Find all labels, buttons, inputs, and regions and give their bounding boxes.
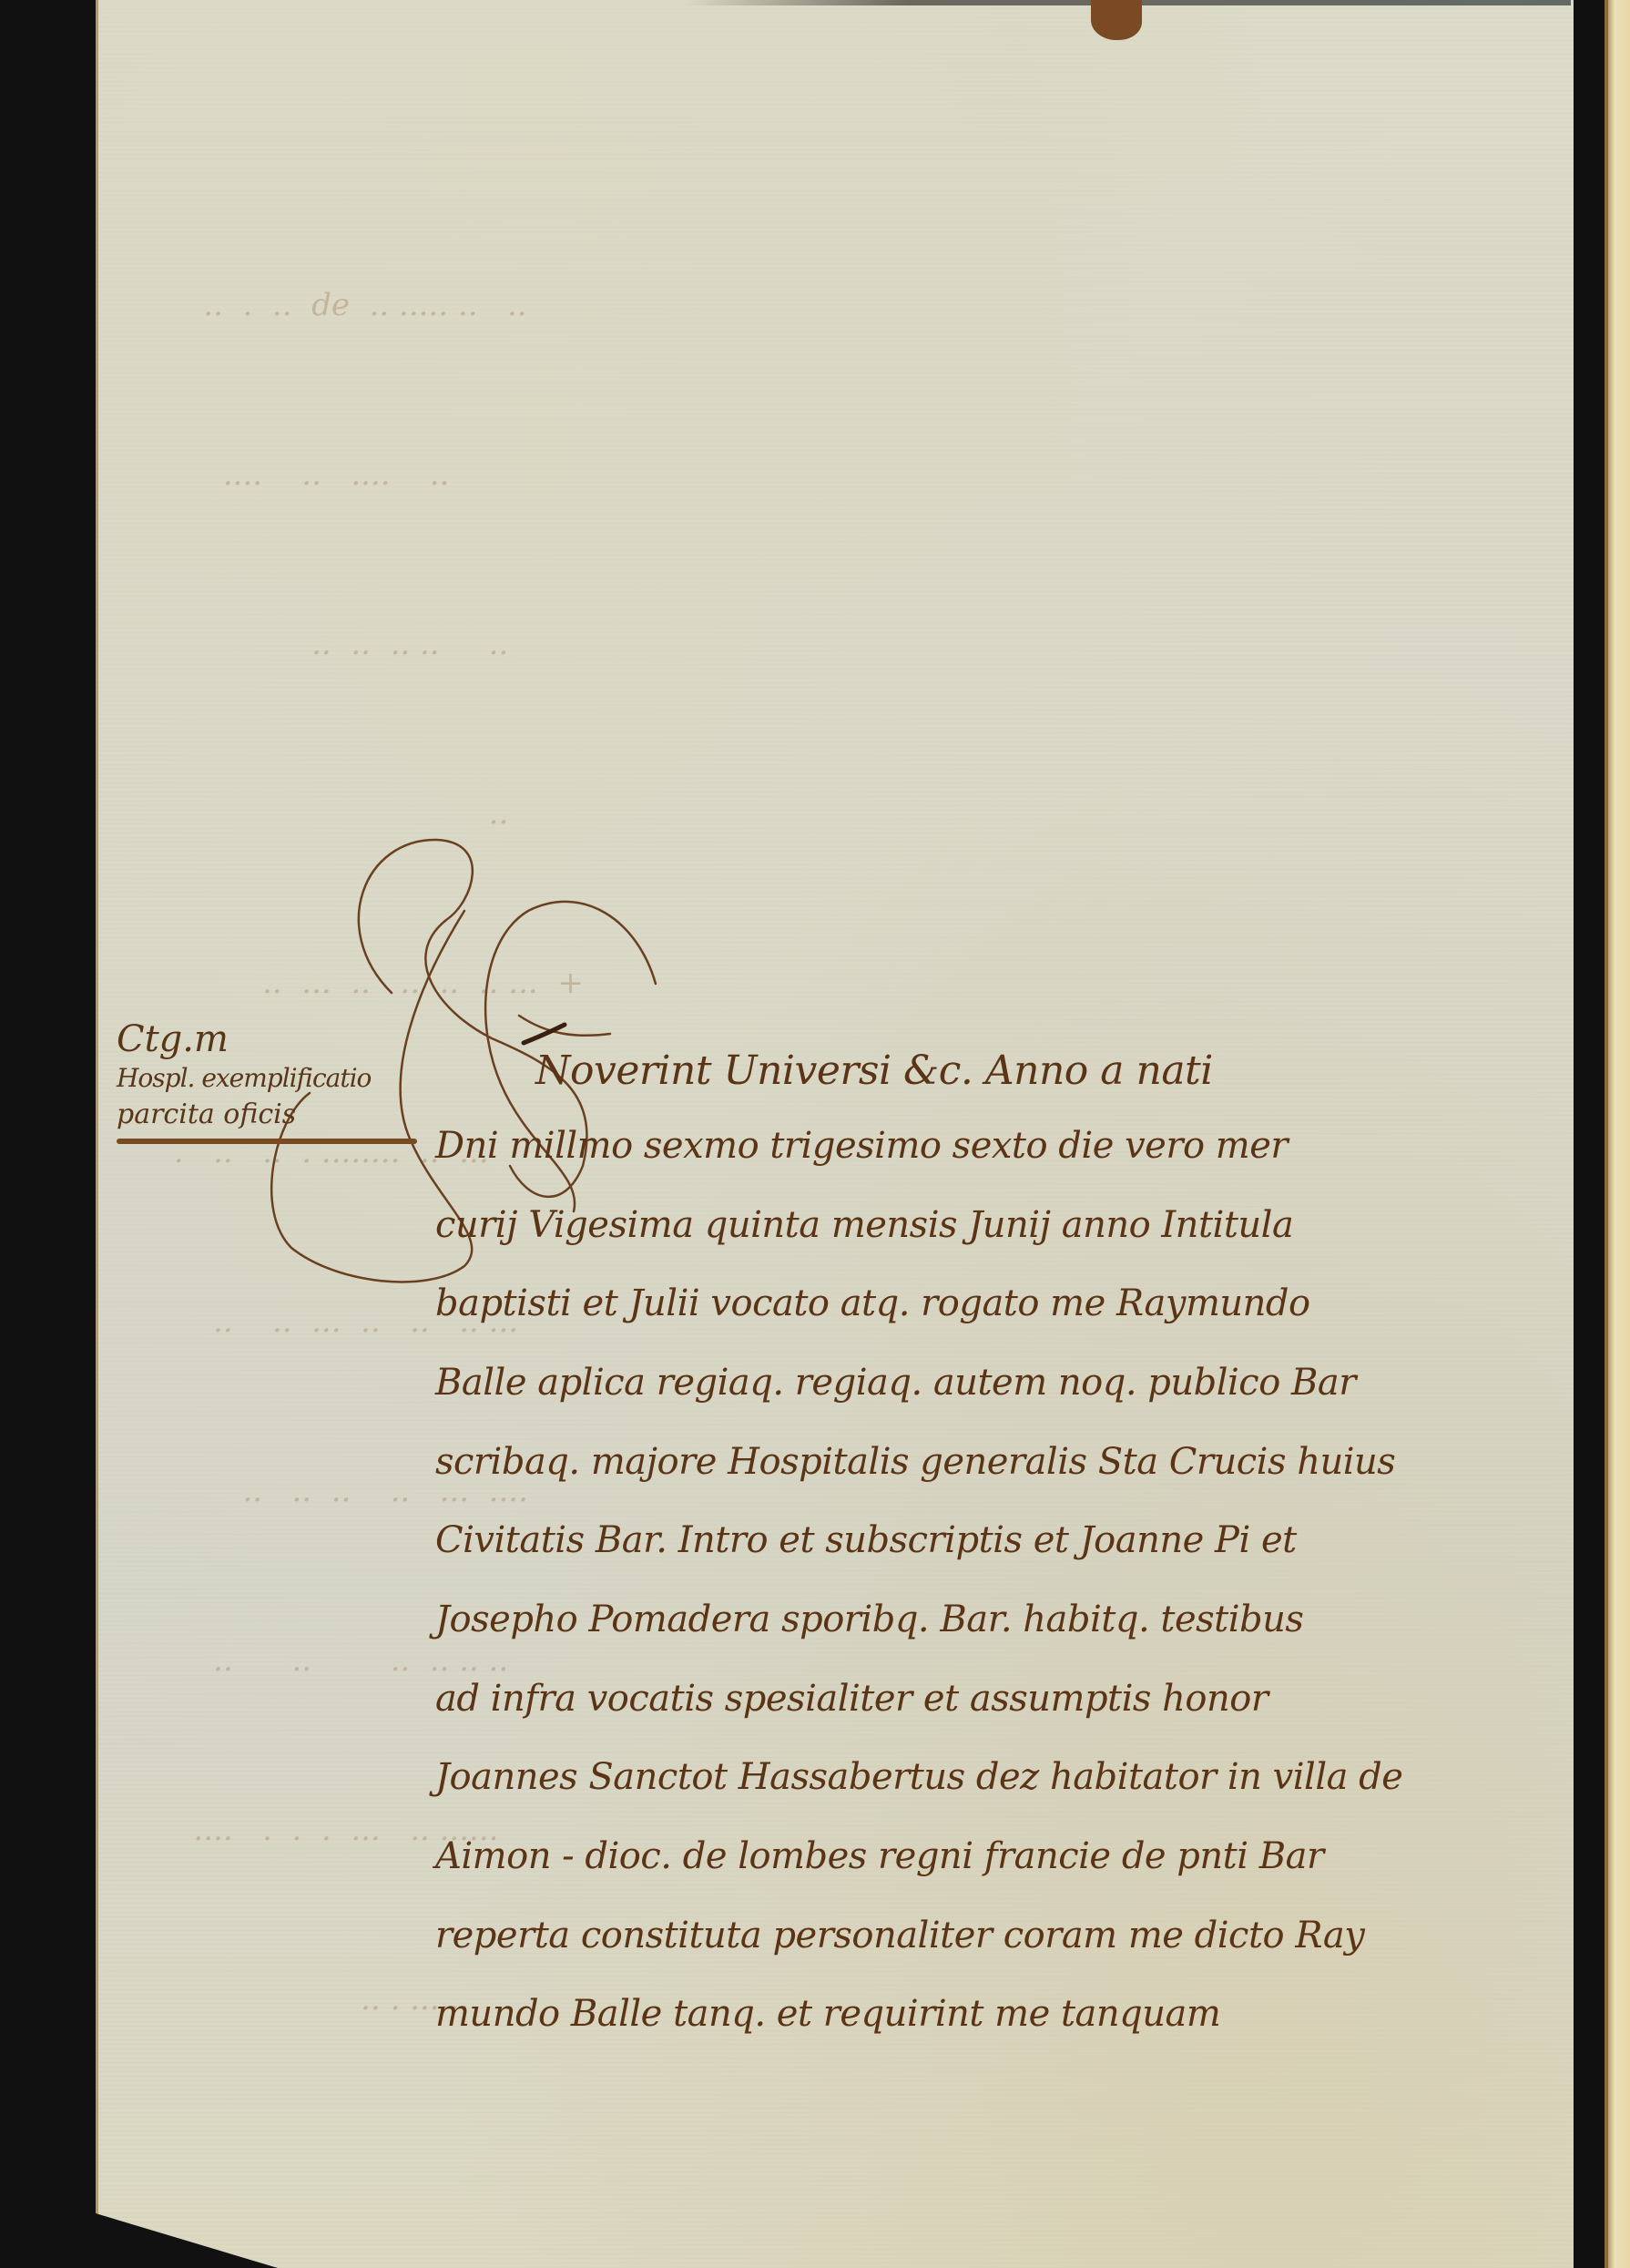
body-line: Josepho Pomadera sporibq. Bar. habitq. t… bbox=[435, 1599, 1303, 1640]
body-line: Aimon - dioc. de lombes regni francie de… bbox=[435, 1835, 1324, 1877]
body-line: ad infra vocatis spesialiter et assumpti… bbox=[435, 1678, 1268, 1720]
binding-edge bbox=[1608, 0, 1630, 2268]
body-line: Dni millmo sexmo trigesimo sexto die ver… bbox=[435, 1125, 1288, 1167]
faded-bleedthrough-text: .. . .. de .. ..... .. .. .... .. .... .… bbox=[164, 164, 1293, 856]
margin-note-line-1: Ctg.m bbox=[117, 1018, 426, 1060]
ink-stain bbox=[1091, 0, 1142, 40]
margin-note: Ctg.m Hospl. exemplificatio parcita ofic… bbox=[117, 1018, 426, 1144]
body-line: scribaq. majore Hospitalis generalis Sta… bbox=[435, 1441, 1395, 1483]
page-top-edge bbox=[96, 0, 1571, 5]
margin-note-underline bbox=[117, 1139, 417, 1144]
body-line: baptisti et Julii vocato atq. rogato me … bbox=[435, 1282, 1310, 1324]
body-line: Noverint Universi &c. Anno a nati bbox=[535, 1047, 1213, 1094]
backdrop-left bbox=[0, 0, 96, 2268]
body-line: curij Vigesima quinta mensis Junij anno … bbox=[435, 1204, 1293, 1246]
body-line: Joannes Sanctot Hassabertus dez habitato… bbox=[435, 1756, 1402, 1798]
margin-note-line-3: parcita oficis bbox=[117, 1097, 426, 1133]
body-line: Civitatis Bar. Intro et subscriptis et J… bbox=[435, 1519, 1297, 1561]
margin-note-line-2: Hospl. exemplificatio bbox=[117, 1060, 426, 1097]
body-line: mundo Balle tanq. et requirint me tanqua… bbox=[435, 1993, 1220, 2035]
body-line: reperta constituta personaliter coram me… bbox=[435, 1915, 1364, 1956]
body-line: Balle aplica regiaq. regiaq. autem noq. … bbox=[435, 1362, 1356, 1404]
